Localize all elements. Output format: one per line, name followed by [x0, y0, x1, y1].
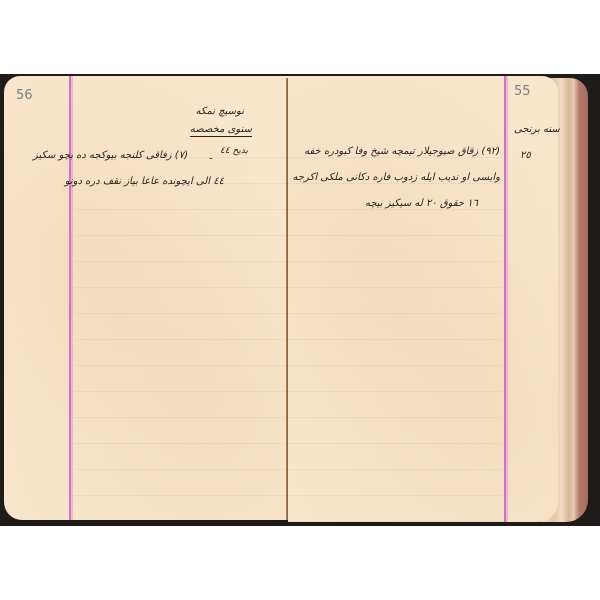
text-line: (٧) زفاقی کلنجه بیوکجه ده بچو سکیز [33, 150, 188, 161]
margin-heading: سنه برنجی [514, 124, 560, 135]
text-line: (٩٢) زقاق صیوجیلار تیمچه شیخ وفا کبودره … [304, 146, 500, 157]
dash-mark: ـ [209, 152, 212, 162]
right-page: 55 سنه برنجی ٢٥ (٩٢) زقاق صیوجیلار تیمچه… [288, 76, 558, 522]
page-number: 55 [514, 84, 531, 99]
text-line: ٤٤ الی ایچونده عاعا بیاز نقف دره دونو [65, 176, 224, 187]
text-line: وایسی او ندیب ایله زدوب فاره دکانی ملکی … [293, 172, 500, 183]
ruled-lines [288, 132, 502, 522]
margin-rule [69, 76, 71, 520]
open-notebook: 56 نوسیچ نمکه سنوی مخصصه بدیح ٤٤ ـ (٧) ز… [0, 74, 600, 526]
header-line-underlined: سنوی مخصصه [190, 124, 252, 137]
margin-value: ٢٥ [520, 150, 531, 161]
page-number: 56 [16, 88, 33, 103]
ruled-lines [74, 132, 288, 520]
header-line: نوسیچ نمکه [196, 106, 244, 117]
text-line: ١٦ حقوق ٢٠ له سیکیز بیچه [365, 198, 478, 209]
margin-note: بدیح ٤٤ [220, 146, 248, 156]
left-page: 56 نوسیچ نمکه سنوی مخصصه بدیح ٤٤ ـ (٧) ز… [4, 76, 288, 520]
margin-rule [504, 76, 506, 522]
